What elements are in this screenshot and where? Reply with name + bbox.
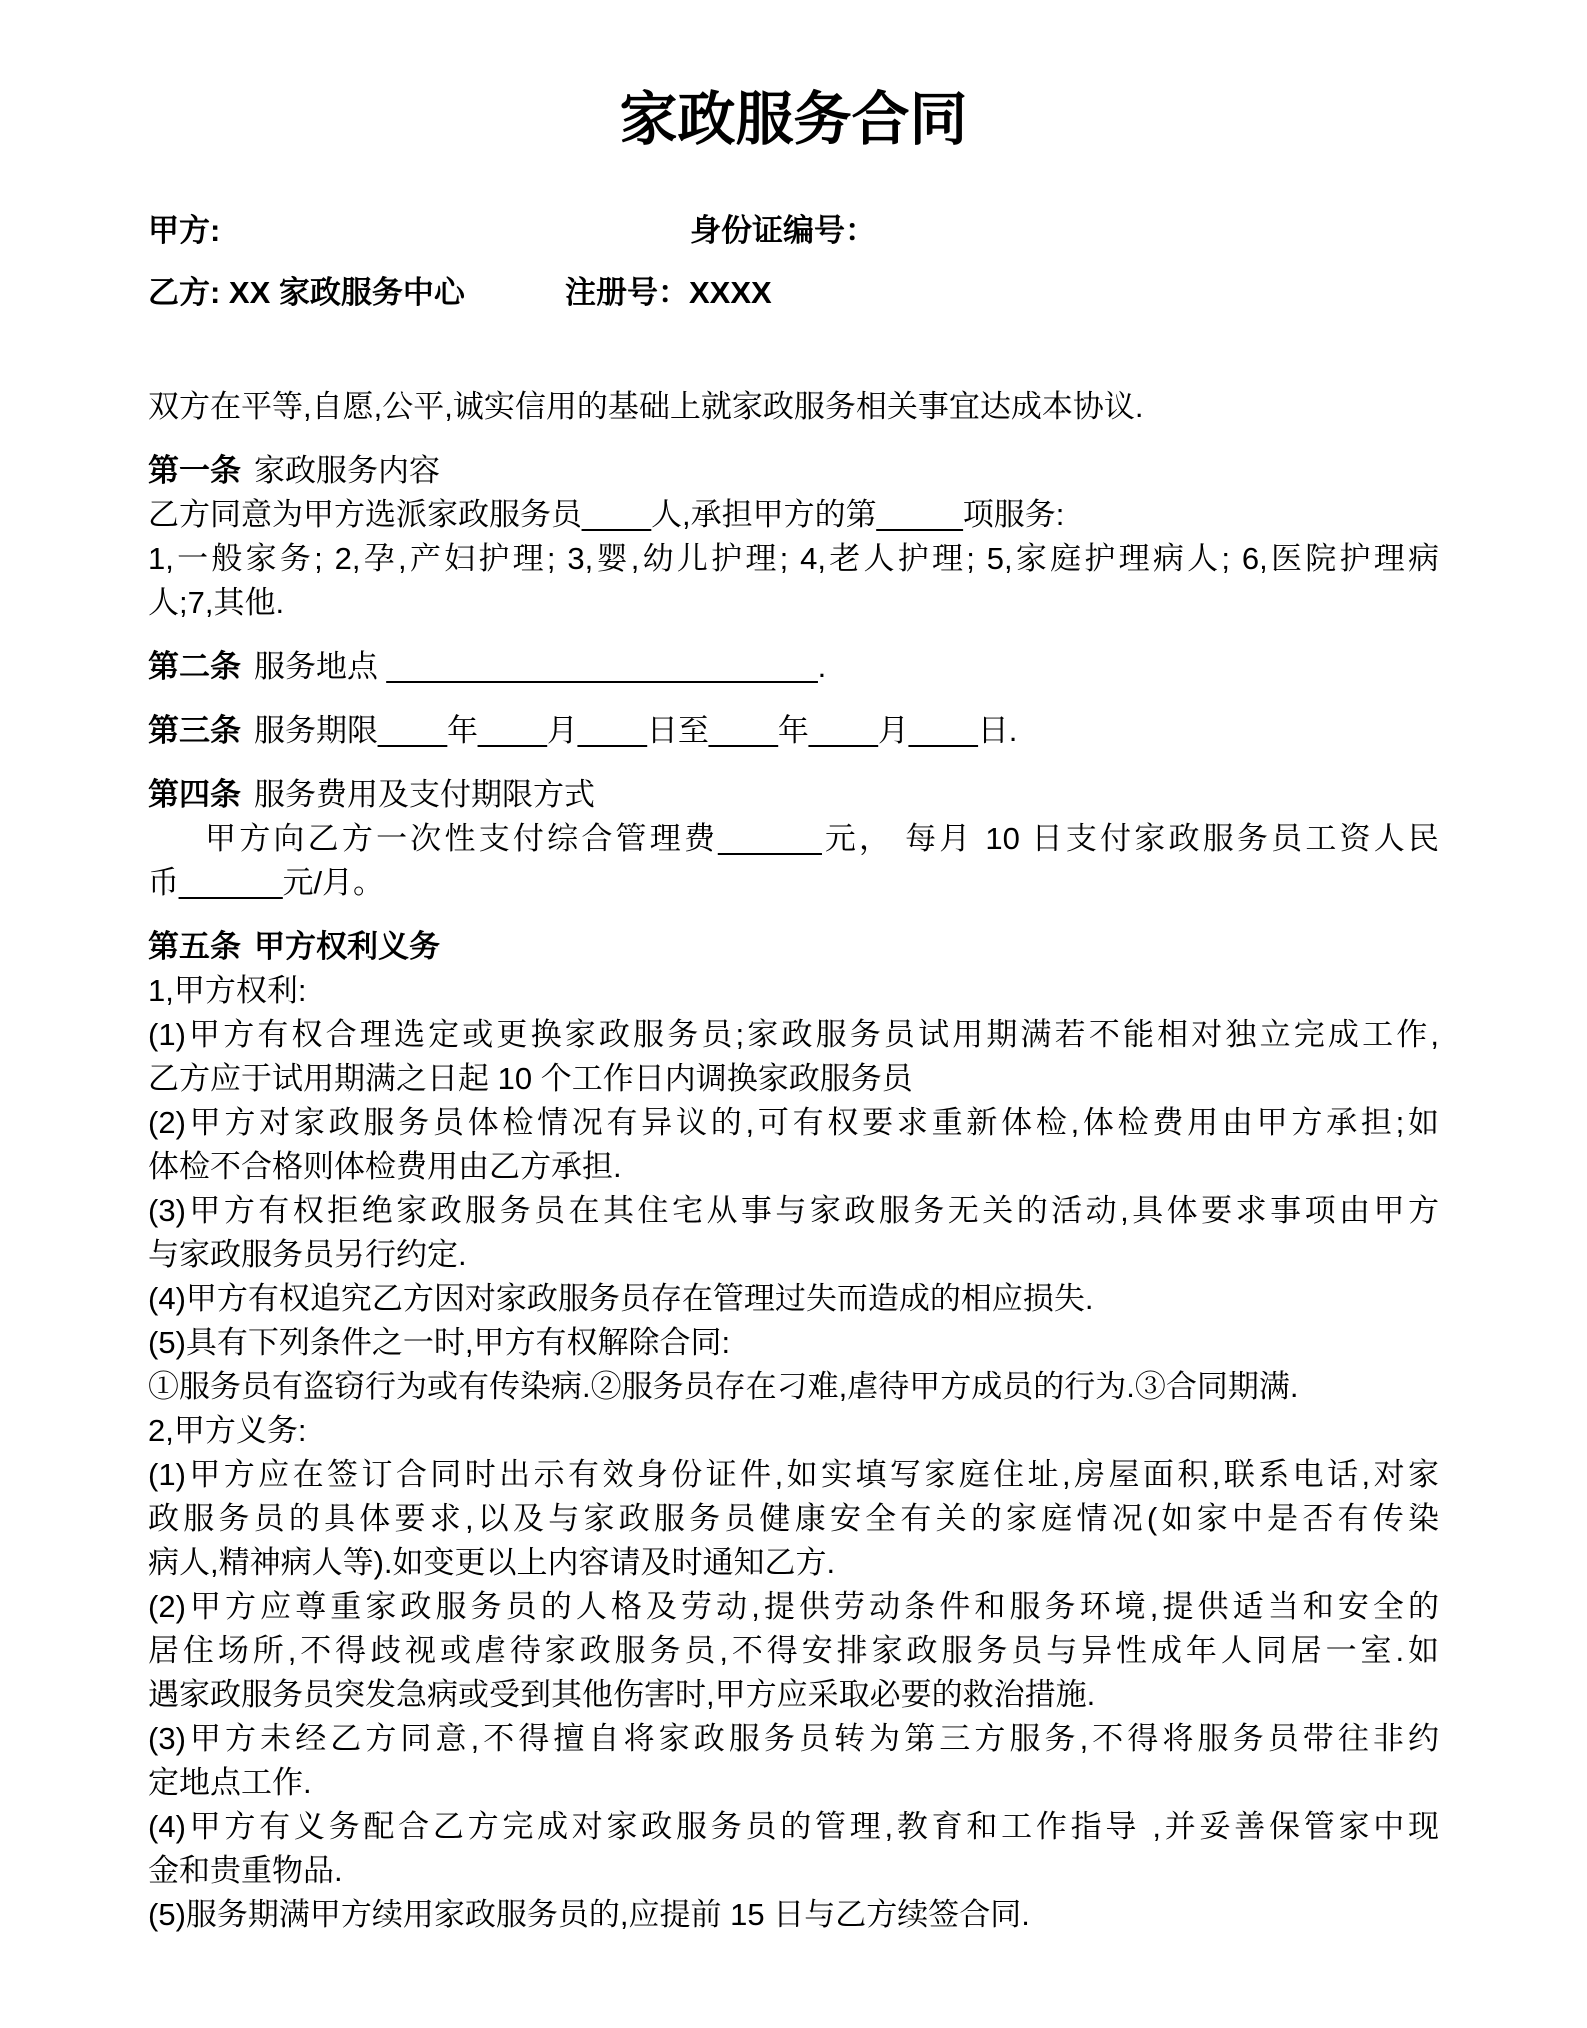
part1-line: ①服务员有盗窃行为或有传染病.②服务员存在刁难,虐待甲方成员的行为.③合同期满. (148, 1365, 1439, 1409)
section-1-line: 1,一般家务; 2,孕,产妇护理; 3,婴,幼儿护理; 4,老人护理; 5,家庭… (148, 537, 1439, 581)
part1-line: (1)甲方有权合理选定或更换家政服务员;家政服务员试用期满若不能相对独立完成工作… (148, 1013, 1439, 1057)
section-1-title: 家政服务内容 (254, 453, 440, 488)
part2-line: (3)甲方未经乙方同意,不得擅自将家政服务员转为第三方服务,不得将服务员带往非约 (148, 1717, 1439, 1761)
party-a-label: 甲方: (148, 209, 690, 253)
section-5-heading: 第五条甲方权利义务 (148, 925, 1439, 969)
section-1-line: 人;7,其他. (148, 581, 1439, 625)
section-2: 第二条服务地点 _________________________. (148, 645, 1439, 689)
part2-line: (5)服务期满甲方续用家政服务员的,应提前 15 日与乙方续签合同. (148, 1893, 1439, 1937)
section-4-line: 币______元/月。 (148, 861, 1439, 905)
part2-line: 定地点工作. (148, 1761, 1439, 1805)
party-a-row: 甲方:身份证编号： (148, 209, 1439, 253)
section-5-title: 甲方权利义务 (254, 929, 440, 964)
section-1-line: 乙方同意为甲方选派家政服务员____人,承担甲方的第_____项服务: (148, 493, 1439, 537)
document-title: 家政服务合同 (148, 86, 1439, 154)
section-4-heading: 第四条服务费用及支付期限方式 (148, 773, 1439, 817)
part1-line: (4)甲方有权追究乙方因对家政服务员存在管理过失而造成的相应损失. (148, 1277, 1439, 1321)
part1-line: 乙方应于试用期满之日起 10 个工作日内调换家政服务员 (148, 1057, 1439, 1101)
section-3: 第三条服务期限____年____月____日至____年____月____日. (148, 709, 1439, 753)
section-3-number: 第三条 (148, 713, 241, 748)
section-1-heading: 第一条家政服务内容 (148, 449, 1439, 493)
part1-line: (5)具有下列条件之一时,甲方有权解除合同: (148, 1321, 1439, 1365)
section-3-title: 服务期限____年____月____日至____年____月____日. (254, 713, 1017, 748)
section-1-number: 第一条 (148, 453, 241, 488)
section-2-heading: 第二条服务地点 _________________________. (148, 645, 1439, 689)
section-3-heading: 第三条服务期限____年____月____日至____年____月____日. (148, 709, 1439, 753)
part2-line: (1)甲方应在签订合同时出示有效身份证件,如实填写家庭住址,房屋面积,联系电话,… (148, 1453, 1439, 1497)
section-4-number: 第四条 (148, 777, 241, 812)
part2-line: 金和贵重物品. (148, 1849, 1439, 1893)
part1-line: (3)甲方有权拒绝家政服务员在其住宅从事与家政服务无关的活动,具体要求事项由甲方 (148, 1189, 1439, 1233)
section-4: 第四条服务费用及支付期限方式 甲方向乙方一次性支付综合管理费______元， 每… (148, 773, 1439, 905)
contract-page: 家政服务合同 甲方:身份证编号： 乙方: XX 家政服务中心注册号：XXXX 双… (0, 0, 1587, 2028)
party-a-id-label: 身份证编号： (690, 213, 876, 248)
part2-line: 政服务员的具体要求,以及与家政服务员健康安全有关的家庭情况(如家中是否有传染 (148, 1497, 1439, 1541)
part1-line: 与家政服务员另行约定. (148, 1233, 1439, 1277)
part2-line: (2)甲方应尊重家政服务员的人格及劳动,提供劳动条件和服务环境,提供适当和安全的 (148, 1585, 1439, 1629)
section-2-number: 第二条 (148, 649, 241, 684)
part2-heading: 2,甲方义务: (148, 1409, 1439, 1453)
party-b-reg-label: 注册号：XXXX (565, 275, 772, 310)
section-5: 第五条甲方权利义务 1,甲方权利: (1)甲方有权合理选定或更换家政服务员;家政… (148, 925, 1439, 1937)
party-b-row: 乙方: XX 家政服务中心注册号：XXXX (148, 271, 1439, 315)
part2-line: 遇家政服务员突发急病或受到其他伤害时,甲方应采取必要的救治措施. (148, 1673, 1439, 1717)
part2-line: (4)甲方有义务配合乙方完成对家政服务员的管理,教育和工作指导 ,并妥善保管家中… (148, 1805, 1439, 1849)
intro-paragraph: 双方在平等,自愿,公平,诚实信用的基础上就家政服务相关事宜达成本协议. (148, 385, 1439, 429)
section-2-title: 服务地点 _________________________. (254, 649, 826, 684)
part1-heading: 1,甲方权利: (148, 969, 1439, 1013)
section-5-number: 第五条 (148, 929, 241, 964)
part1-line: 体检不合格则体检费用由乙方承担. (148, 1145, 1439, 1189)
part2-line: 居住场所,不得歧视或虐待家政服务员,不得安排家政服务员与异性成年人同居一室.如 (148, 1629, 1439, 1673)
section-1: 第一条家政服务内容 乙方同意为甲方选派家政服务员____人,承担甲方的第____… (148, 449, 1439, 625)
section-4-title: 服务费用及支付期限方式 (254, 777, 595, 812)
part2-line: 病人,精神病人等).如变更以上内容请及时通知乙方. (148, 1541, 1439, 1585)
part1-line: (2)甲方对家政服务员体检情况有异议的,可有权要求重新体检,体检费用由甲方承担;… (148, 1101, 1439, 1145)
section-4-line: 甲方向乙方一次性支付综合管理费______元， 每月 10 日支付家政服务员工资… (148, 817, 1439, 861)
party-b-label: 乙方: XX 家政服务中心 (148, 271, 565, 315)
